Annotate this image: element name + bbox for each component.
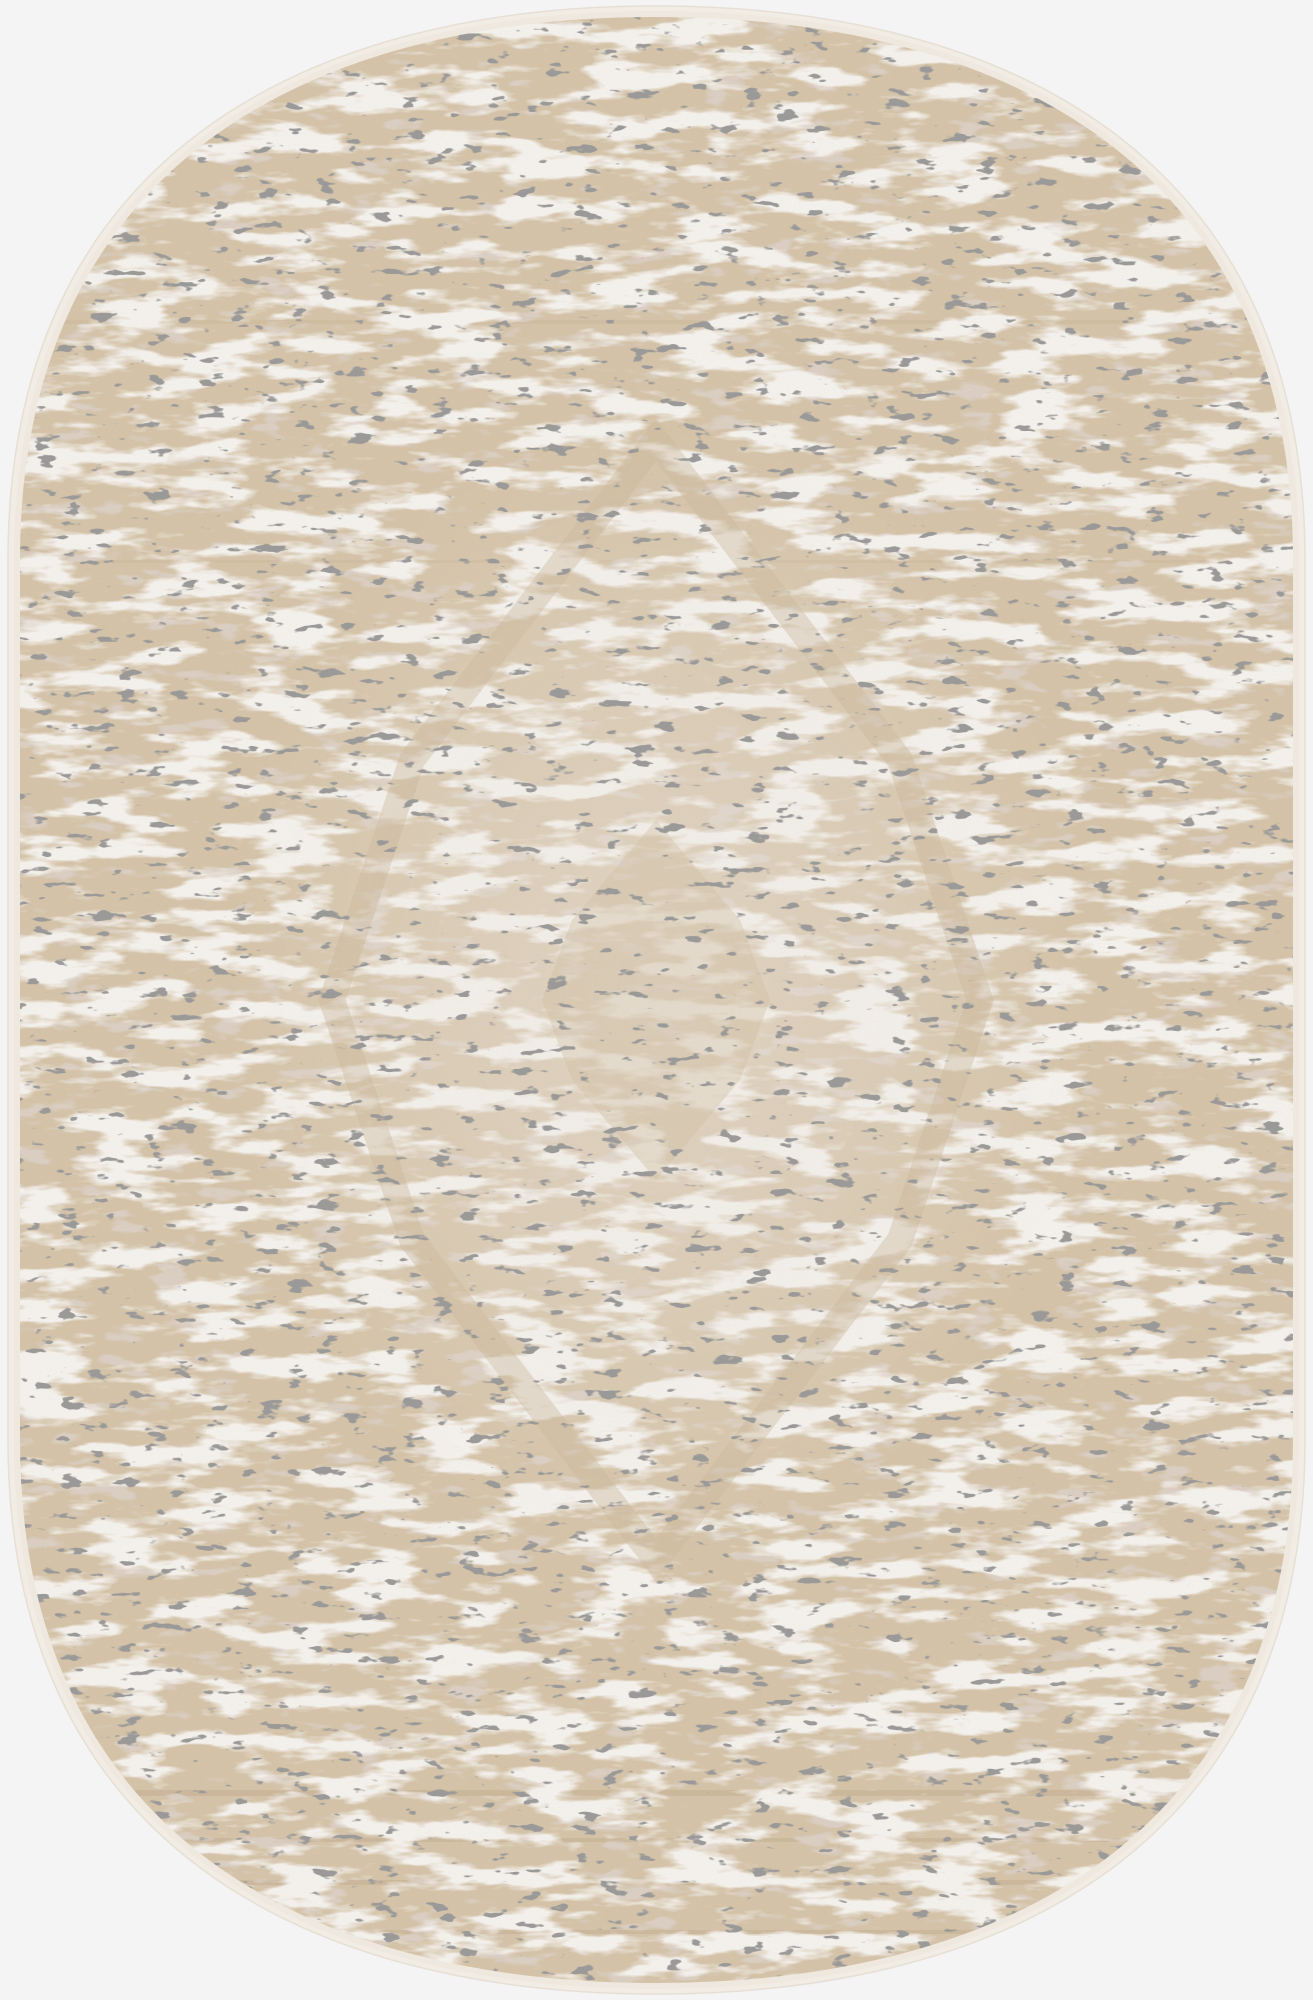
product-photo: Oval distressed rug in beige and ivory w… bbox=[0, 0, 1313, 2000]
oval-rug bbox=[0, 0, 1313, 2000]
rug-field bbox=[0, 0, 1313, 2000]
